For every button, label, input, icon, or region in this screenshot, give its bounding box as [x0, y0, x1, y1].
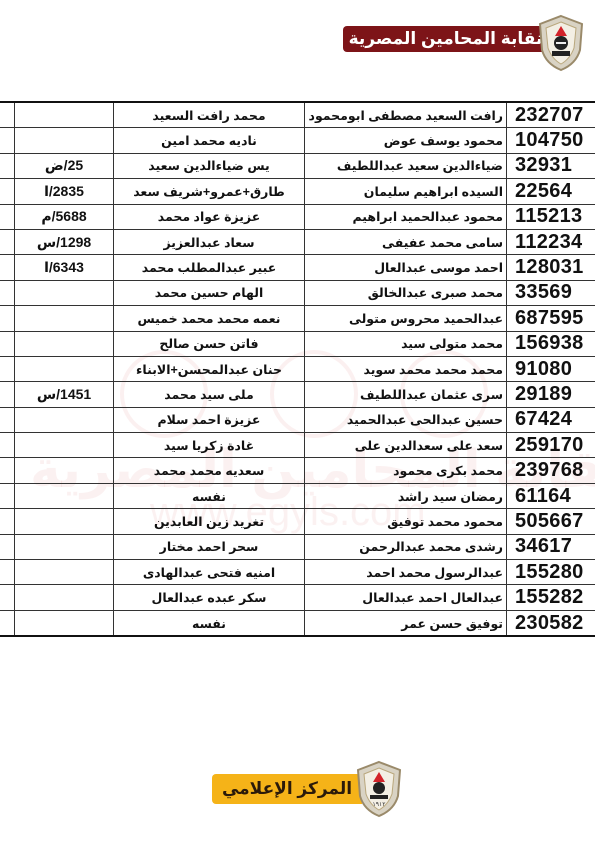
lawyer-name-cell: محمد بكرى محمود — [305, 458, 507, 483]
beneficiary-cell: عزيزة احمد سلام — [114, 407, 305, 432]
registration-number-cell: 128031 — [507, 255, 595, 280]
extra-cell — [0, 407, 15, 432]
extra-cell — [0, 458, 15, 483]
table-row: 25/ضيس ضياءالدين سعيدضياءالدين سعيد عبدا… — [0, 153, 595, 178]
organization-name-banner: نقابة المحامين المصرية — [343, 26, 548, 52]
beneficiary-cell: ناديه محمد امين — [114, 128, 305, 153]
reference-cell — [15, 509, 114, 534]
table-row: غادة زكريا سيدسعد على سعدالدين على259170 — [0, 433, 595, 458]
reference-cell: 25/ض — [15, 153, 114, 178]
extra-cell — [0, 153, 15, 178]
lawyer-name-cell: عبدالحميد محروس متولى — [305, 306, 507, 331]
media-center-banner: المركز الإعلامي — [212, 774, 362, 804]
lawyer-name-cell: محمود محمد توفيق — [305, 509, 507, 534]
registration-number-cell: 32931 — [507, 153, 595, 178]
beneficiary-cell: سحر احمد مختار — [114, 534, 305, 559]
beneficiary-cell: سعديه محمد محمد — [114, 458, 305, 483]
header-logo: نقابة المحامين المصرية — [343, 14, 593, 76]
reference-cell: 5688/م — [15, 204, 114, 229]
lawyer-name-cell: حسين عبدالحى عبدالحميد — [305, 407, 507, 432]
registration-number-cell: 34617 — [507, 534, 595, 559]
lawyer-name-cell: محمود يوسف عوض — [305, 128, 507, 153]
registration-number-cell: 155280 — [507, 560, 595, 585]
reference-cell: 6343/ا — [15, 255, 114, 280]
registration-number-cell: 61164 — [507, 483, 595, 508]
lawyer-name-cell: رافت السعيد مصطفى ابومحمود — [305, 102, 507, 128]
lawyer-name-cell: ضياءالدين سعيد عبداللطيف — [305, 153, 507, 178]
reference-cell — [15, 610, 114, 636]
lawyer-name-cell: محمد متولى سيد — [305, 331, 507, 356]
beneficiary-cell: تغريد زين العابدين — [114, 509, 305, 534]
reference-cell — [15, 585, 114, 610]
beneficiary-cell: الهام حسين محمد — [114, 280, 305, 305]
table-row: نفسهرمضان سيد راشد61164 — [0, 483, 595, 508]
table-row: محمد رافت السعيدرافت السعيد مصطفى ابومحم… — [0, 102, 595, 128]
lawyer-name-cell: محمود عبدالحميد ابراهيم — [305, 204, 507, 229]
lawyer-name-cell: محمد صبرى عبدالخالق — [305, 280, 507, 305]
reference-cell — [15, 128, 114, 153]
table-row: نفسهتوفيق حسن عمر230582 — [0, 610, 595, 636]
lawyers-syndicate-shield-icon: ١٩١٢ — [354, 760, 404, 818]
registration-number-cell: 230582 — [507, 610, 595, 636]
registration-number-cell: 505667 — [507, 509, 595, 534]
extra-cell — [0, 610, 15, 636]
lawyer-name-cell: السيده ابراهيم سليمان — [305, 179, 507, 204]
reference-cell — [15, 306, 114, 331]
lawyer-name-cell: احمد موسى عبدالعال — [305, 255, 507, 280]
lawyer-name-cell: رشدى محمد عبدالرحمن — [305, 534, 507, 559]
extra-cell — [0, 483, 15, 508]
lawyer-name-cell: رمضان سيد راشد — [305, 483, 507, 508]
table-row: الهام حسين محمدمحمد صبرى عبدالخالق33569 — [0, 280, 595, 305]
reference-cell: 1451/س — [15, 382, 114, 407]
registration-number-cell: 112234 — [507, 229, 595, 254]
lawyer-name-cell: عبدالعال احمد عبدالعال — [305, 585, 507, 610]
extra-cell — [0, 306, 15, 331]
lawyers-syndicate-shield-icon — [536, 14, 586, 72]
table-row: سعديه محمد محمدمحمد بكرى محمود239768 — [0, 458, 595, 483]
table-row: ناديه محمد امينمحمود يوسف عوض104750 — [0, 128, 595, 153]
extra-cell — [0, 356, 15, 381]
beneficiary-cell: نفسه — [114, 610, 305, 636]
reference-cell — [15, 331, 114, 356]
table-row: 1298/سسعاد عبدالعزيزسامى محمد عفيفى11223… — [0, 229, 595, 254]
extra-cell — [0, 331, 15, 356]
beneficiary-cell: نعمه محمد محمد خميس — [114, 306, 305, 331]
reference-cell — [15, 458, 114, 483]
reference-cell: 1298/س — [15, 229, 114, 254]
extra-cell — [0, 255, 15, 280]
table-row: امنيه فتحى عبدالهادىعبدالرسول محمد احمد1… — [0, 560, 595, 585]
table-row: سكر عبده عبدالعالعبدالعال احمد عبدالعال1… — [0, 585, 595, 610]
registration-number-cell: 232707 — [507, 102, 595, 128]
registration-number-cell: 687595 — [507, 306, 595, 331]
reference-cell — [15, 433, 114, 458]
lawyer-name-cell: سعد على سعدالدين على — [305, 433, 507, 458]
reference-cell — [15, 534, 114, 559]
beneficiary-cell: عبير عبدالمطلب محمد — [114, 255, 305, 280]
beneficiary-cell: عزيزة عواد محمد — [114, 204, 305, 229]
lawyer-name-cell: محمد محمد محمد سويد — [305, 356, 507, 381]
table-row: 5688/معزيزة عواد محمدمحمود عبدالحميد ابر… — [0, 204, 595, 229]
reference-cell — [15, 407, 114, 432]
registration-number-cell: 22564 — [507, 179, 595, 204]
registration-number-cell: 104750 — [507, 128, 595, 153]
table-row: 6343/اعبير عبدالمطلب محمداحمد موسى عبدال… — [0, 255, 595, 280]
lawyer-name-cell: سرى عثمان عبداللطيف — [305, 382, 507, 407]
registration-number-cell: 259170 — [507, 433, 595, 458]
beneficiary-cell: نفسه — [114, 483, 305, 508]
beneficiary-cell: طارق+عمرو+شريف سعد — [114, 179, 305, 204]
reference-cell: 2835/ا — [15, 179, 114, 204]
extra-cell — [0, 229, 15, 254]
lawyer-name-cell: توفيق حسن عمر — [305, 610, 507, 636]
registration-number-cell: 33569 — [507, 280, 595, 305]
table-row: تغريد زين العابدينمحمود محمد توفيق505667 — [0, 509, 595, 534]
beneficiaries-table: محمد رافت السعيدرافت السعيد مصطفى ابومحم… — [0, 101, 595, 637]
extra-cell — [0, 280, 15, 305]
table-row: عزيزة احمد سلامحسين عبدالحى عبدالحميد674… — [0, 407, 595, 432]
registration-number-cell: 29189 — [507, 382, 595, 407]
reference-cell — [15, 483, 114, 508]
extra-cell — [0, 585, 15, 610]
svg-text:١٩١٢: ١٩١٢ — [373, 802, 386, 808]
reference-cell — [15, 102, 114, 128]
extra-cell — [0, 179, 15, 204]
registration-number-cell: 67424 — [507, 407, 595, 432]
beneficiary-cell: حنان عبدالمحسن+الابناء — [114, 356, 305, 381]
beneficiary-cell: يس ضياءالدين سعيد — [114, 153, 305, 178]
extra-cell — [0, 509, 15, 534]
reference-cell — [15, 356, 114, 381]
beneficiary-cell: فاتن حسن صالح — [114, 331, 305, 356]
registration-number-cell: 115213 — [507, 204, 595, 229]
beneficiary-cell: غادة زكريا سيد — [114, 433, 305, 458]
table-row: 1451/سملى سيد محمدسرى عثمان عبداللطيف291… — [0, 382, 595, 407]
table-row: 2835/اطارق+عمرو+شريف سعدالسيده ابراهيم س… — [0, 179, 595, 204]
extra-cell — [0, 128, 15, 153]
registration-number-cell: 155282 — [507, 585, 595, 610]
table-row: حنان عبدالمحسن+الابناءمحمد محمد محمد سوي… — [0, 356, 595, 381]
table-row: سحر احمد مختاررشدى محمد عبدالرحمن34617 — [0, 534, 595, 559]
extra-cell — [0, 433, 15, 458]
extra-cell — [0, 534, 15, 559]
extra-cell — [0, 204, 15, 229]
reference-cell — [15, 560, 114, 585]
registration-number-cell: 239768 — [507, 458, 595, 483]
extra-cell — [0, 382, 15, 407]
beneficiary-cell: سكر عبده عبدالعال — [114, 585, 305, 610]
lawyer-name-cell: عبدالرسول محمد احمد — [305, 560, 507, 585]
footer-logo: المركز الإعلامي ١٩١٢ — [212, 760, 407, 822]
lawyer-name-cell: سامى محمد عفيفى — [305, 229, 507, 254]
registration-number-cell: 91080 — [507, 356, 595, 381]
extra-cell — [0, 102, 15, 128]
beneficiary-cell: سعاد عبدالعزيز — [114, 229, 305, 254]
registration-number-cell: 156938 — [507, 331, 595, 356]
reference-cell — [15, 280, 114, 305]
beneficiary-cell: امنيه فتحى عبدالهادى — [114, 560, 305, 585]
extra-cell — [0, 560, 15, 585]
table-row: نعمه محمد محمد خميسعبدالحميد محروس متولى… — [0, 306, 595, 331]
beneficiary-cell: ملى سيد محمد — [114, 382, 305, 407]
table-row: فاتن حسن صالحمحمد متولى سيد156938 — [0, 331, 595, 356]
beneficiary-cell: محمد رافت السعيد — [114, 102, 305, 128]
